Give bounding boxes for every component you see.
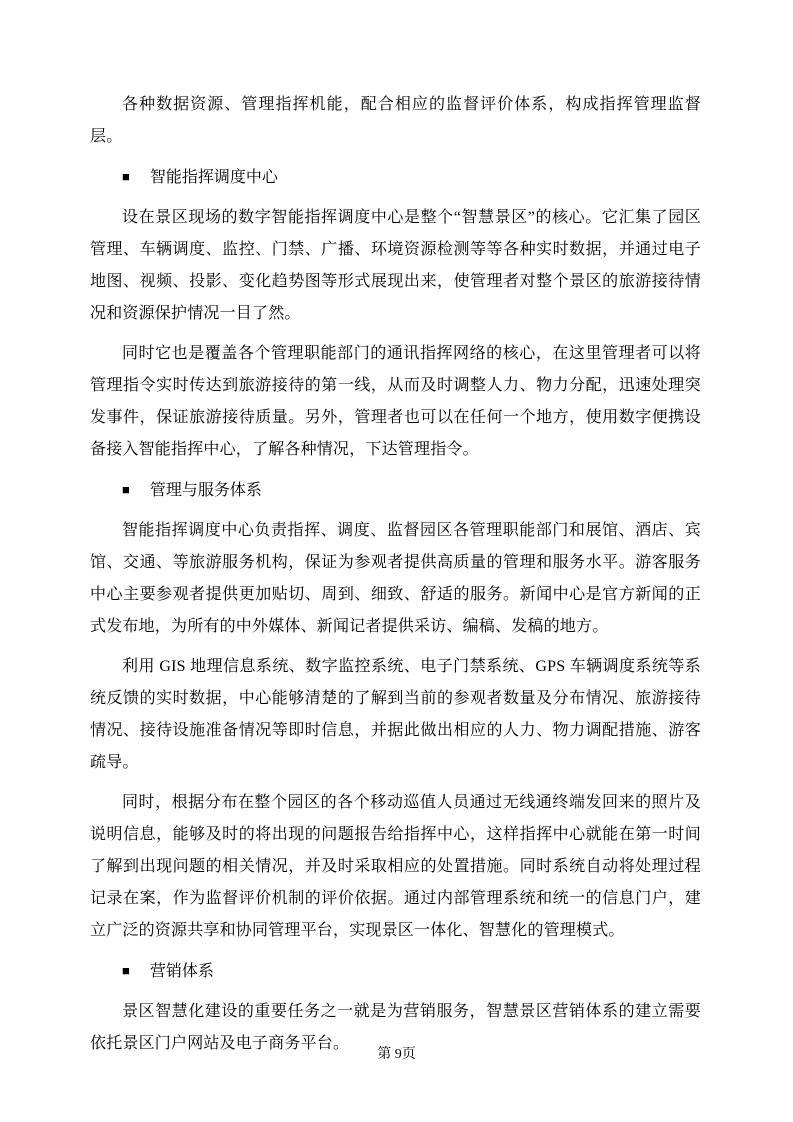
paragraph: 设在景区现场的数字智能指挥调度中心是整个“智慧景区”的核心。它汇集了园区管理、车… — [90, 202, 701, 330]
section-heading-label: 管理与服务体系 — [150, 482, 262, 499]
paragraph: 同时它也是覆盖各个管理职能部门的通讯指挥网络的核心，在这里管理者可以将管理指令实… — [90, 338, 701, 466]
square-bullet-icon: ■ — [122, 161, 130, 193]
section-heading-label: 智能指挥调度中心 — [150, 169, 278, 186]
paragraph: 同时，根据分布在整个园区的各个移动巡值人员通过无线通终端发回来的照片及说明信息，… — [90, 787, 701, 947]
square-bullet-icon: ■ — [122, 955, 130, 987]
paragraph: 各种数据资源、管理指挥机能，配合相应的监督评价体系，构成指挥管理监督层。 — [90, 89, 701, 153]
square-bullet-icon: ■ — [122, 474, 130, 506]
section-heading: ■管理与服务体系 — [90, 474, 701, 507]
page-number: 第 9页 — [0, 1046, 793, 1064]
document-content: 各种数据资源、管理指挥机能，配合相应的监督评价体系，构成指挥管理监督层。 ■智能… — [90, 89, 701, 1068]
section-heading: ■智能指挥调度中心 — [90, 161, 701, 194]
paragraph: 智能指挥调度中心负责指挥、调度、监督园区各管理职能部门和展馆、酒店、宾馆、交通、… — [90, 515, 701, 643]
section-heading: ■营销体系 — [90, 955, 701, 988]
document-page: 各种数据资源、管理指挥机能，配合相应的监督评价体系，构成指挥管理监督层。 ■智能… — [0, 0, 793, 1122]
paragraph: 利用 GIS 地理信息系统、数字监控系统、电子门禁系统、GPS 车辆调度系统等系… — [90, 651, 701, 779]
section-heading-label: 营销体系 — [150, 963, 214, 980]
